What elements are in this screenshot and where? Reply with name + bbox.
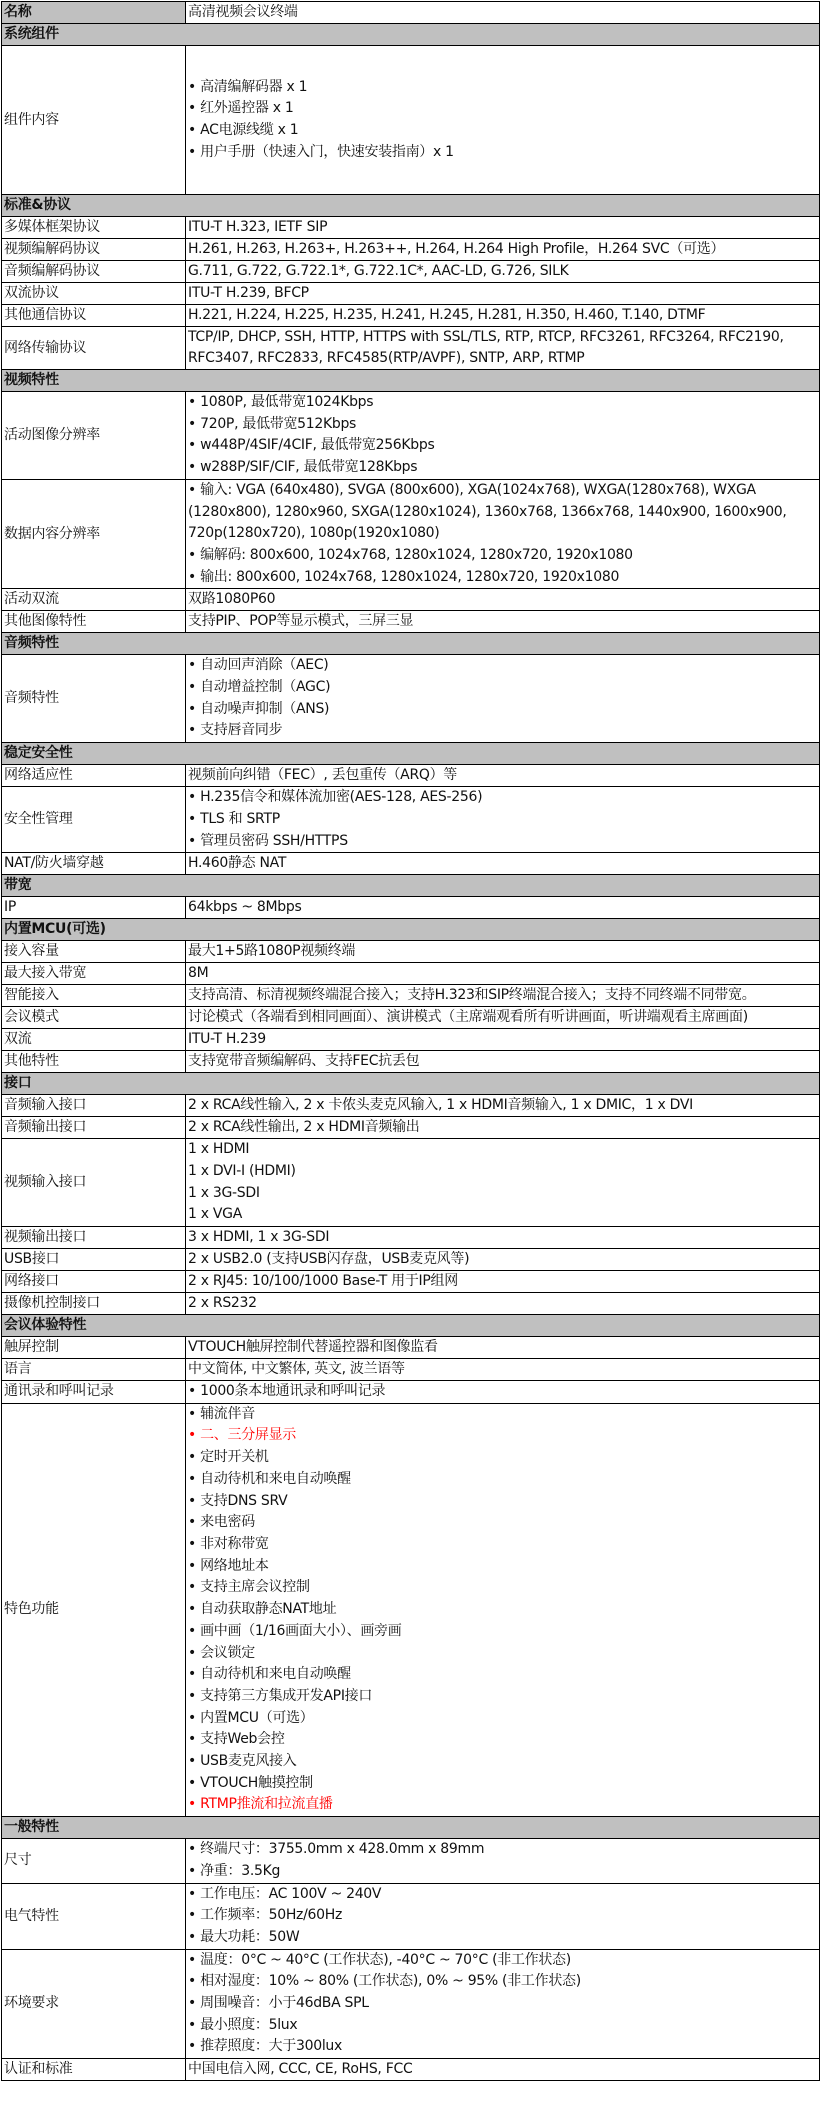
list-item-highlight: 二、三分屏显示: [188, 1425, 817, 1447]
row-video-in: 视频输入接口 1 x HDMI 1 x DVI-I (HDMI) 1 x 3G-…: [2, 1139, 820, 1227]
row-label: 最大接入带宽: [2, 963, 186, 985]
input-resolutions: • 输入: VGA (640x480), SVGA (800x600), XGA…: [188, 480, 817, 545]
row-nat: NAT/防火墙穿越 H.460静态 NAT: [2, 853, 820, 875]
row-value: 高清编解码器 x 1 红外遥控器 x 1 AC电源线缆 x 1 用户手册（快速入…: [186, 46, 820, 195]
row-label: 电气特性: [2, 1883, 186, 1949]
list-item: 1080P, 最低带宽1024Kbps: [188, 392, 817, 414]
list-item: 自动噪声抑制（ANS): [188, 699, 817, 721]
row-value: TCP/IP, DHCP, SSH, HTTP, HTTPS with SSL/…: [186, 327, 820, 370]
row-mcu-other: 其他特性 支持宽带音频编解码、支持FEC抗丢包: [2, 1051, 820, 1073]
row-environment: 环境要求 温度：0°C ~ 40°C (工作状态), -40°C ~ 70°C …: [2, 1949, 820, 2059]
row-audio-in: 音频输入接口 2 x RCA线性输入, 2 x 卡侬头麦克风输入, 1 x HD…: [2, 1095, 820, 1117]
row-label: 组件内容: [2, 46, 186, 195]
row-label: 音频特性: [2, 655, 186, 743]
row-label: 音频输出接口: [2, 1117, 186, 1139]
row-value: ITU-T H.239, BFCP: [186, 283, 820, 305]
row-label: NAT/防火墙穿越: [2, 853, 186, 875]
list-item: 编解码: 800x600, 1024x768, 1280x1024, 1280x…: [188, 545, 817, 567]
row-certification: 认证和标准 中国电信入网, CCC, CE, RoHS, FCC: [2, 2059, 820, 2081]
row-value: 2 x USB2.0 (支持USB闪存盘，USB麦克风等): [186, 1249, 820, 1271]
row-label: 网络接口: [2, 1271, 186, 1293]
list-item: w288P/SIF/CIF, 最低带宽128Kbps: [188, 457, 817, 479]
row-value: 支持高清、标清视频终端混合接入；支持H.323和SIP终端混合接入；支持不同终端…: [186, 985, 820, 1007]
list-item: 工作电压：AC 100V ~ 240V: [188, 1884, 817, 1906]
row-smart-access: 智能接入 支持高清、标清视频终端混合接入；支持H.323和SIP终端混合接入；支…: [2, 985, 820, 1007]
list-item: 用户手册（快速入门，快速安装指南）x 1: [188, 142, 817, 164]
row-value: H.261, H.263, H.263+, H.263++, H.264, H.…: [186, 239, 820, 261]
section-general: 一般特性: [2, 1817, 820, 1839]
row-network-protocol: 网络传输协议 TCP/IP, DHCP, SSH, HTTP, HTTPS wi…: [2, 327, 820, 370]
row-label: 视频输入接口: [2, 1139, 186, 1227]
spec-table: 名称 高清视频会议终端 系统组件 组件内容 高清编解码器 x 1 红外遥控器 x…: [1, 1, 820, 2081]
row-video-out: 视频输出接口 3 x HDMI, 1 x 3G-SDI: [2, 1227, 820, 1249]
row-component-contents: 组件内容 高清编解码器 x 1 红外遥控器 x 1 AC电源线缆 x 1 用户手…: [2, 46, 820, 195]
list-item: 支持第三方集成开发API接口: [188, 1686, 817, 1708]
row-label: 多媒体框架协议: [2, 217, 186, 239]
row-label: 网络适应性: [2, 765, 186, 787]
row-label: 会议模式: [2, 1007, 186, 1029]
row-label: 活动双流: [2, 589, 186, 611]
row-dual-stream: 双流协议 ITU-T H.239, BFCP: [2, 283, 820, 305]
row-label: 安全性管理: [2, 787, 186, 853]
row-size: 尺寸 终端尺寸：3755.0mm x 428.0mm x 89mm 净重：3.5…: [2, 1839, 820, 1883]
list-item: 高清编解码器 x 1: [188, 77, 817, 99]
row-value: 温度：0°C ~ 40°C (工作状态), -40°C ~ 70°C (非工作状…: [186, 1949, 820, 2059]
row-other-image: 其他图像特性 支持PIP、POP等显示模式，三屏三显: [2, 611, 820, 633]
row-value: 8M: [186, 963, 820, 985]
row-label: 环境要求: [2, 1949, 186, 2059]
row-usb: USB接口 2 x USB2.0 (支持USB闪存盘，USB麦克风等): [2, 1249, 820, 1271]
row-value: ITU-T H.323, IETF SIP: [186, 217, 820, 239]
row-active-dual: 活动双流 双路1080P60: [2, 589, 820, 611]
row-label: 认证和标准: [2, 2059, 186, 2081]
row-label: 音频编解码协议: [2, 261, 186, 283]
row-value: 自动回声消除（AEC) 自动增益控制（AGC) 自动噪声抑制（ANS) 支持唇音…: [186, 655, 820, 743]
row-label: 特色功能: [2, 1403, 186, 1816]
section-audio: 音频特性: [2, 633, 820, 655]
section-security: 稳定安全性: [2, 743, 820, 765]
row-language: 语言 中文简体, 中文繁体, 英文, 波兰语等: [2, 1359, 820, 1381]
row-active-resolution: 活动图像分辨率 1080P, 最低带宽1024Kbps 720P, 最低带宽51…: [2, 392, 820, 480]
list-item: 红外遥控器 x 1: [188, 98, 817, 120]
row-value: 最大1+5路1080P视频终端: [186, 941, 820, 963]
row-label: 其他图像特性: [2, 611, 186, 633]
row-value: H.235信令和媒体流加密(AES-128, AES-256) TLS 和 SR…: [186, 787, 820, 853]
row-label: 双流协议: [2, 283, 186, 305]
list-item: 自动获取静态NAT地址: [188, 1599, 817, 1621]
row-audio-features: 音频特性 自动回声消除（AEC) 自动增益控制（AGC) 自动噪声抑制（ANS)…: [2, 655, 820, 743]
list-item: 相对湿度：10% ~ 80% (工作状态), 0% ~ 95% (非工作状态): [188, 1971, 817, 1993]
list-item: 自动待机和来电自动唤醒: [188, 1664, 817, 1686]
row-value: 1 x HDMI 1 x DVI-I (HDMI) 1 x 3G-SDI 1 x…: [186, 1139, 820, 1227]
row-label: 其他通信协议: [2, 305, 186, 327]
title-label: 名称: [2, 2, 186, 24]
section-mcu: 内置MCU(可选): [2, 919, 820, 941]
section-components: 系统组件: [2, 24, 820, 46]
row-video-codec: 视频编解码协议 H.261, H.263, H.263+, H.263++, H…: [2, 239, 820, 261]
list-item: 支持唇音同步: [188, 720, 817, 742]
row-value: 2 x RS232: [186, 1293, 820, 1315]
section-title: 会议体验特性: [2, 1315, 820, 1337]
list-item: 工作频率：50Hz/60Hz: [188, 1905, 817, 1927]
row-value: 讨论模式（各端看到相同画面）、演讲模式（主席端观看所有听讲画面，听讲端观看主席画…: [186, 1007, 820, 1029]
row-value: 2 x RCA线性输入, 2 x 卡侬头麦克风输入, 1 x HDMI音频输入,…: [186, 1095, 820, 1117]
list-item: 720P, 最低带宽512Kbps: [188, 414, 817, 436]
row-label: 视频输出接口: [2, 1227, 186, 1249]
row-value: G.711, G.722, G.722.1*, G.722.1C*, AAC-L…: [186, 261, 820, 283]
row-value: 双路1080P60: [186, 589, 820, 611]
row-electrical: 电气特性 工作电压：AC 100V ~ 240V 工作频率：50Hz/60Hz …: [2, 1883, 820, 1949]
list-item: USB麦克风接入: [188, 1751, 817, 1773]
list-item: 1000条本地通讯录和呼叫记录: [188, 1381, 817, 1403]
section-title: 视频特性: [2, 370, 820, 392]
row-audio-codec: 音频编解码协议 G.711, G.722, G.722.1*, G.722.1C…: [2, 261, 820, 283]
row-value: 1080P, 最低带宽1024Kbps 720P, 最低带宽512Kbps w4…: [186, 392, 820, 480]
list-item: 1 x HDMI: [188, 1139, 817, 1161]
section-experience: 会议体验特性: [2, 1315, 820, 1337]
list-item: 最小照度：5lux: [188, 2015, 817, 2037]
row-value: H.221, H.224, H.225, H.235, H.241, H.245…: [186, 305, 820, 327]
row-value: 辅流伴音 二、三分屏显示 定时开关机 自动待机和来电自动唤醒 支持DNS SRV…: [186, 1403, 820, 1816]
list-item: 支持主席会议控制: [188, 1577, 817, 1599]
list-item: 会议锁定: [188, 1643, 817, 1665]
row-value: ITU-T H.239: [186, 1029, 820, 1051]
list-item: 净重：3.5Kg: [188, 1861, 817, 1883]
list-item: 支持Web会控: [188, 1729, 817, 1751]
list-item: AC电源线缆 x 1: [188, 120, 817, 142]
list-item: H.235信令和媒体流加密(AES-128, AES-256): [188, 787, 817, 809]
row-label: 数据内容分辨率: [2, 479, 186, 589]
row-label: USB接口: [2, 1249, 186, 1271]
list-item: 温度：0°C ~ 40°C (工作状态), -40°C ~ 70°C (非工作状…: [188, 1950, 817, 1972]
section-title: 音频特性: [2, 633, 820, 655]
row-data-resolution: 数据内容分辨率 • 输入: VGA (640x480), SVGA (800x6…: [2, 479, 820, 589]
row-label: 双流: [2, 1029, 186, 1051]
row-value: 2 x RJ45: 10/100/1000 Base-T 用于IP组网: [186, 1271, 820, 1293]
list-item: 最大功耗：50W: [188, 1927, 817, 1949]
list-item: 支持DNS SRV: [188, 1491, 817, 1513]
row-label: 触屏控制: [2, 1337, 186, 1359]
list-item: 终端尺寸：3755.0mm x 428.0mm x 89mm: [188, 1839, 817, 1861]
row-value: 1000条本地通讯录和呼叫记录: [186, 1381, 820, 1404]
row-value: • 输入: VGA (640x480), SVGA (800x600), XGA…: [186, 479, 820, 589]
list-item: 自动回声消除（AEC): [188, 655, 817, 677]
row-label: 网络传输协议: [2, 327, 186, 370]
list-item: 推荐照度：大于300lux: [188, 2036, 817, 2058]
row-audio-out: 音频输出接口 2 x RCA线性输出, 2 x HDMI音频输出: [2, 1117, 820, 1139]
list-item: 周围噪音：小于46dBA SPL: [188, 1993, 817, 2015]
list-item: VTOUCH触摸控制: [188, 1773, 817, 1795]
row-value: 2 x RCA线性输出, 2 x HDMI音频输出: [186, 1117, 820, 1139]
list-item: 1 x DVI-I (HDMI): [188, 1161, 817, 1183]
section-standards: 标准&协议: [2, 195, 820, 217]
section-title: 带宽: [2, 875, 820, 897]
row-label: 接入容量: [2, 941, 186, 963]
row-label: 通讯录和呼叫记录: [2, 1381, 186, 1404]
title-value: 高清视频会议终端: [186, 2, 820, 24]
list-item: 输出: 800x600, 1024x768, 1280x1024, 1280x7…: [188, 567, 817, 589]
row-value: VTOUCH触屏控制代替遥控器和图像监看: [186, 1337, 820, 1359]
row-label: IP: [2, 897, 186, 919]
list-item: TLS 和 SRTP: [188, 809, 817, 831]
list-item: 非对称带宽: [188, 1534, 817, 1556]
row-value: 中国电信入网, CCC, CE, RoHS, FCC: [186, 2059, 820, 2081]
row-other-comm: 其他通信协议 H.221, H.224, H.225, H.235, H.241…: [2, 305, 820, 327]
list-item: 自动增益控制（AGC): [188, 677, 817, 699]
list-item: 1 x 3G-SDI: [188, 1183, 817, 1205]
section-title: 一般特性: [2, 1817, 820, 1839]
row-special-features: 特色功能 辅流伴音 二、三分屏显示 定时开关机 自动待机和来电自动唤醒 支持DN…: [2, 1403, 820, 1816]
row-value: 视频前向纠错（FEC）, 丢包重传（ARQ）等: [186, 765, 820, 787]
row-label: 语言: [2, 1359, 186, 1381]
title-row: 名称 高清视频会议终端: [2, 2, 820, 24]
row-value: 3 x HDMI, 1 x 3G-SDI: [186, 1227, 820, 1249]
list-item: 定时开关机: [188, 1447, 817, 1469]
row-camera-control: 摄像机控制接口 2 x RS232: [2, 1293, 820, 1315]
section-video: 视频特性: [2, 370, 820, 392]
section-title: 系统组件: [2, 24, 820, 46]
row-touch: 触屏控制 VTOUCH触屏控制代替遥控器和图像监看: [2, 1337, 820, 1359]
row-value: 64kbps ~ 8Mbps: [186, 897, 820, 919]
section-bandwidth: 带宽: [2, 875, 820, 897]
section-title: 标准&协议: [2, 195, 820, 217]
row-value: 中文简体, 中文繁体, 英文, 波兰语等: [186, 1359, 820, 1381]
row-adaptivity: 网络适应性 视频前向纠错（FEC）, 丢包重传（ARQ）等: [2, 765, 820, 787]
row-ip: IP 64kbps ~ 8Mbps: [2, 897, 820, 919]
list-item: 网络地址本: [188, 1556, 817, 1578]
row-mcu-dual: 双流 ITU-T H.239: [2, 1029, 820, 1051]
row-label: 音频输入接口: [2, 1095, 186, 1117]
list-item-highlight: RTMP推流和拉流直播: [188, 1794, 817, 1816]
list-item: 1 x VGA: [188, 1204, 817, 1226]
row-conference-mode: 会议模式 讨论模式（各端看到相同画面）、演讲模式（主席端观看所有听讲画面，听讲端…: [2, 1007, 820, 1029]
list-item: 辅流伴音: [188, 1404, 817, 1426]
list-item: 管理员密码 SSH/HTTPS: [188, 831, 817, 853]
row-label: 活动图像分辨率: [2, 392, 186, 480]
row-security-management: 安全性管理 H.235信令和媒体流加密(AES-128, AES-256) TL…: [2, 787, 820, 853]
row-multimedia: 多媒体框架协议 ITU-T H.323, IETF SIP: [2, 217, 820, 239]
list-item: 内置MCU（可选）: [188, 1708, 817, 1730]
list-item: w448P/4SIF/4CIF, 最低带宽256Kbps: [188, 435, 817, 457]
row-label: 其他特性: [2, 1051, 186, 1073]
row-label: 智能接入: [2, 985, 186, 1007]
row-capacity: 接入容量 最大1+5路1080P视频终端: [2, 941, 820, 963]
row-label: 视频编解码协议: [2, 239, 186, 261]
row-label: 摄像机控制接口: [2, 1293, 186, 1315]
list-item: 自动待机和来电自动唤醒: [188, 1469, 817, 1491]
section-title: 接口: [2, 1073, 820, 1095]
row-max-bandwidth: 最大接入带宽 8M: [2, 963, 820, 985]
row-label: 尺寸: [2, 1839, 186, 1883]
row-value: 工作电压：AC 100V ~ 240V 工作频率：50Hz/60Hz 最大功耗：…: [186, 1883, 820, 1949]
row-contacts: 通讯录和呼叫记录 1000条本地通讯录和呼叫记录: [2, 1381, 820, 1404]
row-value: 终端尺寸：3755.0mm x 428.0mm x 89mm 净重：3.5Kg: [186, 1839, 820, 1883]
row-value: 支持PIP、POP等显示模式，三屏三显: [186, 611, 820, 633]
row-network-port: 网络接口 2 x RJ45: 10/100/1000 Base-T 用于IP组网: [2, 1271, 820, 1293]
section-title: 内置MCU(可选): [2, 919, 820, 941]
list-item: 来电密码: [188, 1512, 817, 1534]
list-item: 画中画（1/16画面大小）、画旁画: [188, 1621, 817, 1643]
row-value: 支持宽带音频编解码、支持FEC抗丢包: [186, 1051, 820, 1073]
section-interfaces: 接口: [2, 1073, 820, 1095]
row-value: H.460静态 NAT: [186, 853, 820, 875]
section-title: 稳定安全性: [2, 743, 820, 765]
